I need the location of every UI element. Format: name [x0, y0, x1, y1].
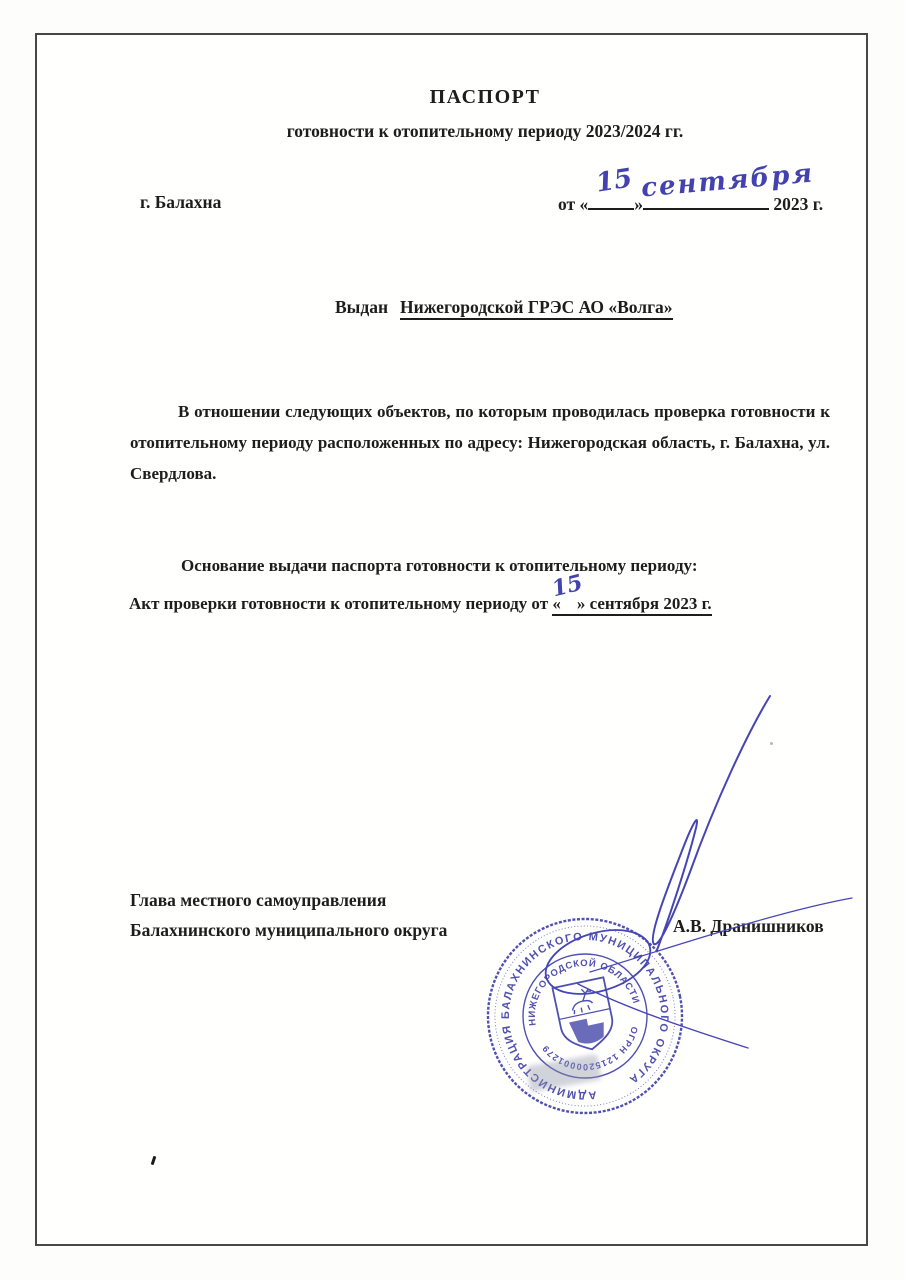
doc-title: ПАСПОРТ: [135, 86, 835, 109]
signature-cross-line: [590, 898, 852, 972]
doc-subtitle: готовности к отопительному периоду 2023/…: [135, 121, 835, 142]
signature-tail-line: [578, 984, 748, 1048]
signature-scribble: [520, 680, 865, 1060]
date-quote-open: «: [580, 194, 589, 214]
basis-underlined-group: «15» сентября 2023 г.: [552, 594, 711, 616]
issued-label: Выдан: [335, 297, 388, 317]
date-quote-close: »: [634, 194, 643, 214]
signature-main-loop: [653, 696, 770, 950]
basis-heading: Основание выдачи паспорта готовности к о…: [181, 556, 697, 576]
date-year: 2023 г.: [773, 194, 823, 214]
basis-day-blank: 15: [561, 595, 577, 609]
city-label: г. Балахна: [140, 192, 221, 213]
signature-oval-loop: [538, 918, 658, 1005]
issue-date-line: от «15»сентября 2023 г.: [558, 192, 823, 215]
basis-date-underlined: сентября 2023 г.: [590, 594, 712, 613]
signoff-block: Глава местного самоуправления Балахнинск…: [130, 885, 447, 945]
scanned-document-page: { "document": { "title": "ПАСПОРТ", "sub…: [0, 0, 905, 1280]
date-day-blank: 15: [588, 192, 634, 210]
basis-line: Акт проверки готовности к отопительному …: [129, 594, 712, 614]
basis-quote-open: «: [552, 594, 561, 613]
date-prefix: от: [558, 194, 575, 214]
scan-dot: [770, 742, 773, 745]
basis-quote-close: »: [577, 594, 586, 613]
signoff-line-2: Балахнинского муниципального округа: [130, 915, 447, 945]
body-paragraph: В отношении следующих объектов, по котор…: [130, 396, 830, 489]
date-month-blank: сентября: [643, 192, 769, 210]
basis-text: Акт проверки готовности к отопительному …: [129, 594, 548, 613]
issued-to-underline: Нижегородской ГРЭС АО «Волга»: [400, 297, 673, 320]
issued-line: ВыданНижегородской ГРЭС АО «Волга»: [335, 297, 673, 318]
signoff-line-1: Глава местного самоуправления: [130, 885, 447, 915]
